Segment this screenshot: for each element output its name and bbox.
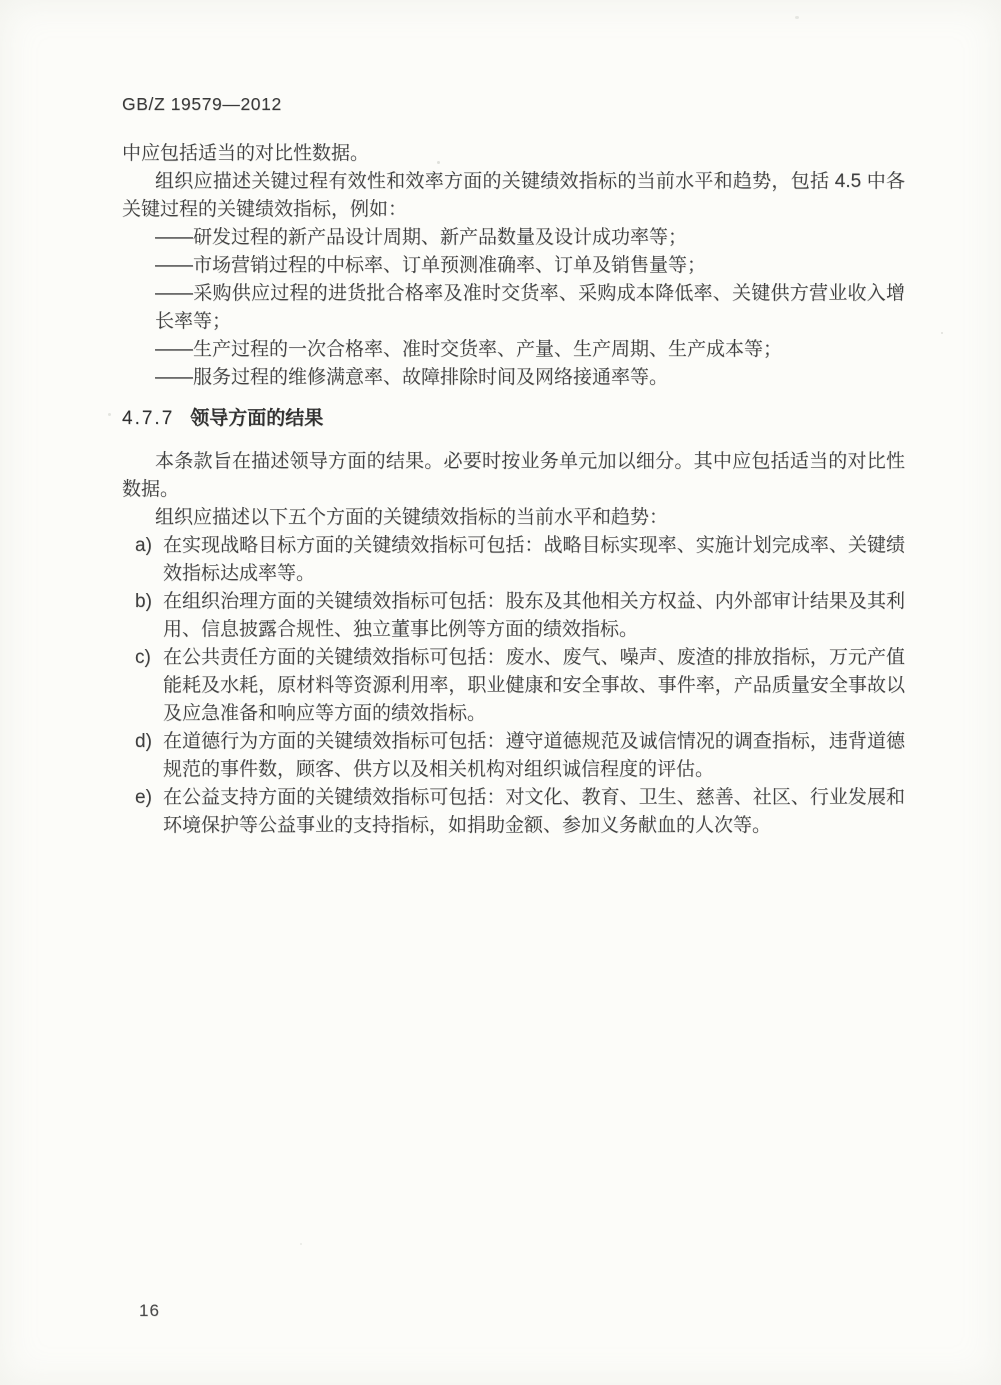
list-item: c) 在公共责任方面的关键绩效指标可包括：废水、废气、噪声、废渣的排放指标，万元… [122,644,905,728]
standard-number-header: GB/Z 19579—2012 [122,94,282,115]
bullet-item: ——采购供应过程的进货批合格率及准时交货率、采购成本降低率、关键供方营业收入增长… [122,280,905,336]
scan-speck [300,1243,302,1245]
list-item: b) 在组织治理方面的关键绩效指标可包括：股东及其他相关方权益、内外部审计结果及… [122,588,905,644]
item-label: d) [135,728,152,756]
page-content: 中应包括适当的对比性数据。 组织应描述关键过程有效性和效率方面的关键绩效指标的当… [122,140,905,840]
item-text: 在组织治理方面的关键绩效指标可包括：股东及其他相关方权益、内外部审计结果及其利用… [163,591,905,640]
process-kpi-paragraph: 组织应描述关键过程有效性和效率方面的关键绩效指标的当前水平和趋势，包括 4.5 … [122,168,905,224]
scan-speck [795,16,799,19]
page-number: 16 [139,1301,160,1321]
bullet-item: ——服务过程的维修满意率、故障排除时间及网络接通率等。 [122,364,905,392]
lettered-list: a) 在实现战略目标方面的关键绩效指标可包括：战略目标实现率、实施计划完成率、关… [122,532,905,840]
list-item: d) 在道德行为方面的关键绩效指标可包括：遵守道德规范及诚信情况的调查指标，违背… [122,728,905,784]
section-lead-paragraph: 组织应描述以下五个方面的关键绩效指标的当前水平和趋势： [122,504,905,532]
bullet-item: ——生产过程的一次合格率、准时交货率、产量、生产周期、生产成本等； [122,336,905,364]
section-number: 4.7.7 [122,408,174,429]
scan-speck [437,161,440,164]
document-page: GB/Z 19579—2012 中应包括适当的对比性数据。 组织应描述关键过程有… [0,0,1001,1385]
section-title: 领导方面的结果 [190,408,323,429]
scan-speck [108,413,111,416]
item-text: 在道德行为方面的关键绩效指标可包括：遵守道德规范及诚信情况的调查指标，违背道德规… [163,731,905,780]
bullet-item: ——研发过程的新产品设计周期、新产品数量及设计成功率等； [122,224,905,252]
section-heading: 4.7.7领导方面的结果 [122,405,905,433]
item-label: c) [135,644,151,672]
item-text: 在实现战略目标方面的关键绩效指标可包括：战略目标实现率、实施计划完成率、关键绩效… [163,535,905,584]
process-bullet-list: ——研发过程的新产品设计周期、新产品数量及设计成功率等； ——市场营销过程的中标… [122,224,905,392]
scan-speck [941,332,943,334]
item-text: 在公益支持方面的关键绩效指标可包括：对文化、教育、卫生、慈善、社区、行业发展和环… [163,787,905,836]
item-label: a) [135,532,152,560]
list-item: a) 在实现战略目标方面的关键绩效指标可包括：战略目标实现率、实施计划完成率、关… [122,532,905,588]
carryover-paragraph: 中应包括适当的对比性数据。 [122,140,905,168]
section-intro-paragraph: 本条款旨在描述领导方面的结果。必要时按业务单元加以细分。其中应包括适当的对比性数… [122,448,905,504]
bullet-item: ——市场营销过程的中标率、订单预测准确率、订单及销售量等； [122,252,905,280]
list-item: e) 在公益支持方面的关键绩效指标可包括：对文化、教育、卫生、慈善、社区、行业发… [122,784,905,840]
item-text: 在公共责任方面的关键绩效指标可包括：废水、废气、噪声、废渣的排放指标，万元产值能… [163,647,905,724]
item-label: b) [135,588,152,616]
item-label: e) [135,784,152,812]
